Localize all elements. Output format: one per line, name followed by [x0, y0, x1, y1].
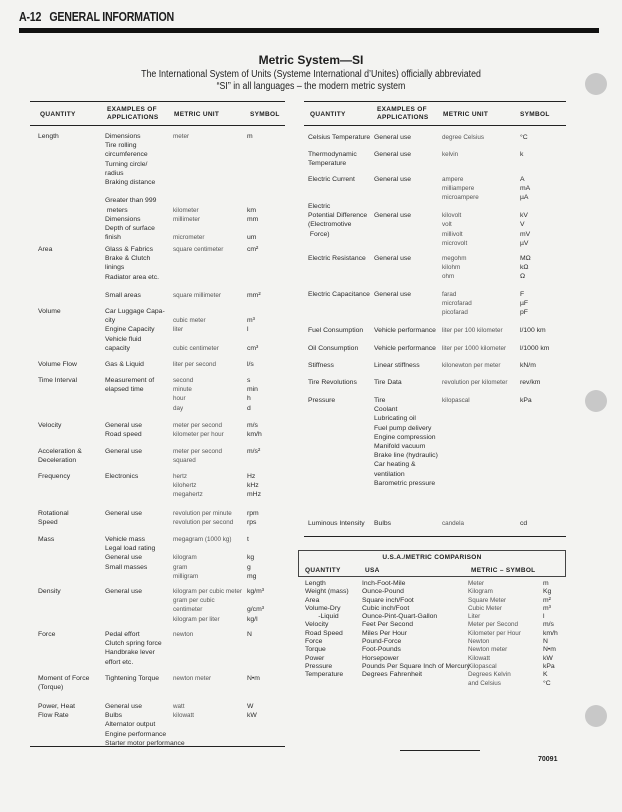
row-symbol: s min h d [247, 376, 258, 413]
row-symbol: l/s [247, 360, 254, 369]
row-examples: Glass & Fabrics Brake & Clutch linings R… [105, 245, 159, 300]
header-quantity-right: QUANTITY [310, 111, 346, 119]
comparison-header-quantity: QUANTITY [305, 567, 341, 574]
row-examples: General use [374, 254, 411, 263]
row-symbol: kg/m³ g/cm³ kg/l [247, 587, 264, 624]
binder-hole-icon [585, 390, 607, 412]
binder-hole-icon [585, 73, 607, 95]
row-metric-unit: kilogram per cubic meter gram per cubic … [173, 587, 242, 624]
row-quantity: Density [38, 587, 61, 596]
row-metric-unit: watt kilowatt [173, 702, 194, 720]
row-quantity: Volume Flow [38, 360, 77, 369]
row-metric-unit: liter per second [173, 360, 216, 369]
row-examples: General use [105, 509, 142, 518]
document-subtitle: The International System of Units (Syste… [37, 69, 584, 93]
header-examples-right: EXAMPLES OF APPLICATIONS [377, 106, 429, 122]
subtitle-line-1: The International System of Units (Syste… [37, 69, 584, 81]
row-examples: Linear stiffness [374, 361, 420, 370]
row-symbol: rpm rps [247, 509, 259, 527]
row-metric-unit: revolution per kilometer [442, 378, 507, 387]
row-metric-unit: newton [173, 630, 193, 639]
row-examples: Electronics [105, 472, 138, 481]
row-metric-unit: meter per second squared [173, 447, 222, 465]
row-symbol: m³ l cm³ [247, 307, 258, 353]
header-rule [19, 28, 599, 33]
footer-rule [400, 750, 480, 751]
row-quantity: Area [38, 245, 52, 254]
row-examples: General use [105, 447, 142, 456]
row-symbol: Hz kHz mHz [247, 472, 261, 500]
header-unit-right: METRIC UNIT [443, 111, 488, 119]
row-symbol: k [520, 150, 523, 159]
row-examples: General use [374, 150, 411, 159]
comparison-symbols: m Kg m² m³ l m/s km/h N N•m kW kPa K °C [543, 580, 558, 688]
table-top-rule [30, 101, 285, 102]
comparison-header-usa: USA [365, 567, 380, 574]
row-metric-unit: kilovolt volt millivolt microvolt [442, 202, 467, 248]
row-quantity: Stiffness [308, 361, 334, 370]
header-quantity-left: QUANTITY [40, 111, 76, 119]
row-symbol: N•m [247, 674, 260, 683]
row-quantity: Volume [38, 307, 61, 316]
row-quantity: Electric Capacitance [308, 290, 370, 299]
row-symbol: °C [520, 133, 528, 142]
row-examples: Pedal effort Clutch spring force Handbra… [105, 630, 162, 667]
row-quantity: Rotational Speed [38, 509, 69, 527]
row-examples: Vehicle performance [374, 344, 436, 353]
row-metric-unit: candela [442, 519, 464, 528]
comparison-usa-units: Inch-Foot-Mile Ounce-Pound Square inch/F… [362, 580, 470, 680]
row-examples: General use [374, 290, 411, 299]
binder-hole-icon [585, 705, 607, 727]
row-symbol: m/s² [247, 447, 260, 456]
page-number: A-12 [19, 9, 41, 24]
row-metric-unit: farad microfarad picofarad [442, 290, 472, 318]
row-metric-unit: square centimeter square millimeter [173, 245, 223, 300]
row-quantity: Luminous Intensity [308, 519, 365, 528]
row-metric-unit: meter per second kilometer per hour [173, 421, 224, 439]
row-examples: Vehicle performance [374, 326, 436, 335]
row-symbol: t kg g mg [247, 535, 256, 581]
row-quantity: Frequency [38, 472, 70, 481]
comparison-metric-units: Meter Kilogram Square Meter Cubic Meter … [468, 580, 521, 688]
row-quantity: Mass [38, 535, 54, 544]
row-quantity: Force [38, 630, 55, 639]
section-title: GENERAL INFORMATION [49, 9, 174, 24]
comparison-title: U.S.A./METRIC COMPARISON [299, 554, 565, 561]
row-examples: Tire Coolant Lubricating oil Fuel pump d… [374, 396, 438, 488]
row-symbol: cm² mm² [247, 245, 261, 300]
header-examples-left: EXAMPLES OF APPLICATIONS [107, 106, 159, 122]
row-quantity: Electric Potential Difference (Electromo… [308, 202, 367, 239]
row-examples: Gas & Liquid [105, 360, 144, 369]
row-examples: Measurement of elapsed time [105, 376, 154, 394]
row-examples: Dimensions Tire rolling circumference Tu… [105, 132, 156, 242]
header-symbol-right: SYMBOL [520, 111, 550, 119]
row-symbol: MΩ kΩ Ω [520, 254, 531, 282]
table-top-rule [304, 101, 566, 102]
row-examples: General use [374, 175, 411, 184]
row-metric-unit: second minute hour day [173, 376, 193, 413]
row-examples: Bulbs [374, 519, 391, 528]
row-symbol: l/100 km [520, 326, 546, 335]
row-quantity: Power, Heat Flow Rate [38, 702, 75, 720]
row-metric-unit: kilonewton per meter [442, 361, 500, 370]
row-examples: Car Luggage Capa- city Engine Capacity V… [105, 307, 165, 353]
row-symbol: kV V mV µV [520, 202, 530, 248]
row-metric-unit: degree Celsius [442, 133, 484, 142]
row-quantity: Length [38, 132, 59, 141]
row-quantity: Fuel Consumption [308, 326, 363, 335]
row-quantity: Acceleration & Deceleration [38, 447, 82, 465]
row-metric-unit: newton meter [173, 674, 211, 683]
row-quantity: Oil Consumption [308, 344, 358, 353]
header-symbol-left: SYMBOL [250, 111, 280, 119]
subtitle-line-2: “SI” in all languages – the modern metri… [37, 81, 584, 93]
row-quantity: Celsius Temperature [308, 133, 370, 142]
row-metric-unit: megagram (1000 kg) kilogram gram milligr… [173, 535, 231, 581]
row-examples: General use [105, 587, 142, 596]
page-header: A-12GENERAL INFORMATION [19, 9, 174, 24]
table-header-rule [304, 125, 566, 126]
row-metric-unit: hertz kilohertz megahertz [173, 472, 203, 500]
row-quantity: Electric Resistance [308, 254, 366, 263]
row-examples: Vehicle mass Legal load rating General u… [105, 535, 155, 572]
row-symbol: m/s km/h [247, 421, 262, 439]
row-symbol: W kW [247, 702, 257, 720]
row-examples: Tire Data [374, 378, 402, 387]
row-metric-unit: revolution per minute revolution per sec… [173, 509, 233, 527]
row-examples: General use [374, 133, 411, 142]
row-symbol: A mA µA [520, 175, 530, 203]
document-title: Metric System—SI [0, 53, 622, 67]
row-quantity: Velocity [38, 421, 61, 430]
header-unit-left: METRIC UNIT [174, 111, 219, 119]
table-bottom-rule [304, 536, 566, 537]
comparison-header-box: U.S.A./METRIC COMPARISON QUANTITY USA ME… [298, 550, 566, 577]
row-metric-unit: kelvin [442, 150, 458, 159]
table-bottom-rule [30, 746, 285, 747]
row-metric-unit: liter per 100 kilometer [442, 326, 503, 335]
row-quantity: Moment of Force (Torque) [38, 674, 89, 692]
row-symbol: kPa [520, 396, 532, 405]
row-symbol: cd [520, 519, 527, 528]
row-examples: Tightening Torque [105, 674, 159, 683]
table-header-rule [30, 125, 285, 126]
comparison-quantities: Length Weight (mass) Area Volume-Dry -Li… [305, 580, 349, 680]
row-metric-unit: kilopascal [442, 396, 470, 405]
row-symbol: F µF pF [520, 290, 528, 318]
row-quantity: Tire Revolutions [308, 378, 357, 387]
row-symbol: rev/km [520, 378, 540, 387]
row-metric-unit: meter kilometer millimeter micrometer [173, 132, 205, 242]
row-metric-unit: megohm kilohm ohm [442, 254, 467, 282]
row-symbol: kN/m [520, 361, 536, 370]
row-symbol: m km mm um [247, 132, 258, 242]
row-quantity: Thermodynamic Temperature [308, 150, 357, 168]
row-quantity: Pressure [308, 396, 335, 405]
footer-code: 70091 [538, 756, 557, 763]
row-metric-unit: cubic meter liter cubic centimeter [173, 307, 219, 353]
row-metric-unit: liter per 1000 kilometer [442, 344, 506, 353]
row-quantity: Electric Current [308, 175, 355, 184]
row-metric-unit: ampere milliampere microampere [442, 175, 479, 203]
row-symbol: l/1000 km [520, 344, 549, 353]
row-examples: General use [374, 202, 411, 220]
row-symbol: N [247, 630, 252, 639]
row-examples: General use Road speed [105, 421, 142, 439]
row-quantity: Time Interval [38, 376, 77, 385]
comparison-header-metric: METRIC – SYMBOL [471, 567, 535, 574]
